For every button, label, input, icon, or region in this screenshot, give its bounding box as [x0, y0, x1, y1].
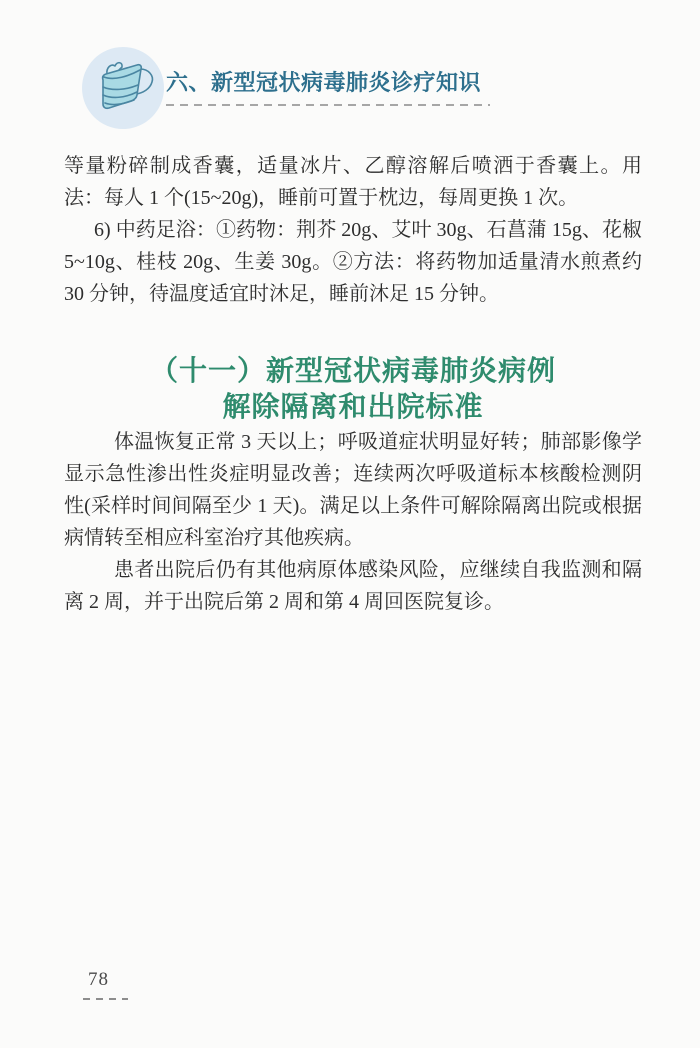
page-body: 等量粉碎制成香囊，适量冰片、乙醇溶解后喷洒于香囊上。用法：每人 1 个(15~2… [64, 150, 642, 618]
page-header: 六、新型冠状病毒肺炎诊疗知识 [0, 0, 700, 140]
header-dashed-divider [166, 104, 490, 106]
footer-dashed-divider [83, 998, 128, 1000]
paragraph: 体温恢复正常 3 天以上；呼吸道症状明显好转；肺部影像学显示急性渗出性炎症明显改… [64, 426, 642, 554]
paragraph: 患者出院后仍有其他病原体感染风险，应继续自我监测和隔离 2 周，并于出院后第 2… [64, 554, 642, 618]
chapter-title: 六、新型冠状病毒肺炎诊疗知识 [166, 66, 481, 97]
section-heading-line2: 解除隔离和出院标准 [64, 390, 642, 426]
book-page: 六、新型冠状病毒肺炎诊疗知识 等量粉碎制成香囊，适量冰片、乙醇溶解后喷洒于香囊上… [0, 0, 700, 1048]
section-heading-line1: （十一）新型冠状病毒肺炎病例 [64, 354, 642, 390]
face-mask-icon [81, 46, 165, 130]
section-heading: （十一）新型冠状病毒肺炎病例 解除隔离和出院标准 [64, 354, 642, 426]
page-number: 78 [88, 969, 109, 991]
paragraph: 等量粉碎制成香囊，适量冰片、乙醇溶解后喷洒于香囊上。用法：每人 1 个(15~2… [64, 150, 642, 214]
paragraph: 6) 中药足浴：①药物：荆芥 20g、艾叶 30g、石菖蒲 15g、花椒 5~1… [64, 214, 642, 310]
